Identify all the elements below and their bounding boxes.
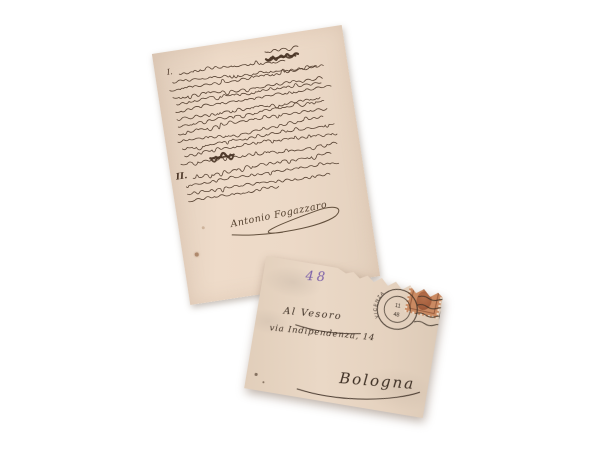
photo-of-letter-and-envelope: I. II. Antonio Fogazzaro 48 VICENZA — [0, 0, 600, 450]
paragraph-marker-1: I. — [166, 68, 173, 77]
postmark-date-2: 48 — [393, 312, 400, 319]
paragraph-marker-2: II. — [175, 172, 188, 183]
postmark: VICENZA 11 48 — [370, 286, 445, 343]
envelope-paper: 48 VICENZA 11 48 — [244, 256, 445, 418]
postmark-partial-ring — [437, 297, 445, 341]
envelope: 48 VICENZA 11 48 — [244, 256, 445, 418]
postmark-date-1: 11 — [394, 303, 401, 310]
ink-speck — [254, 373, 257, 376]
